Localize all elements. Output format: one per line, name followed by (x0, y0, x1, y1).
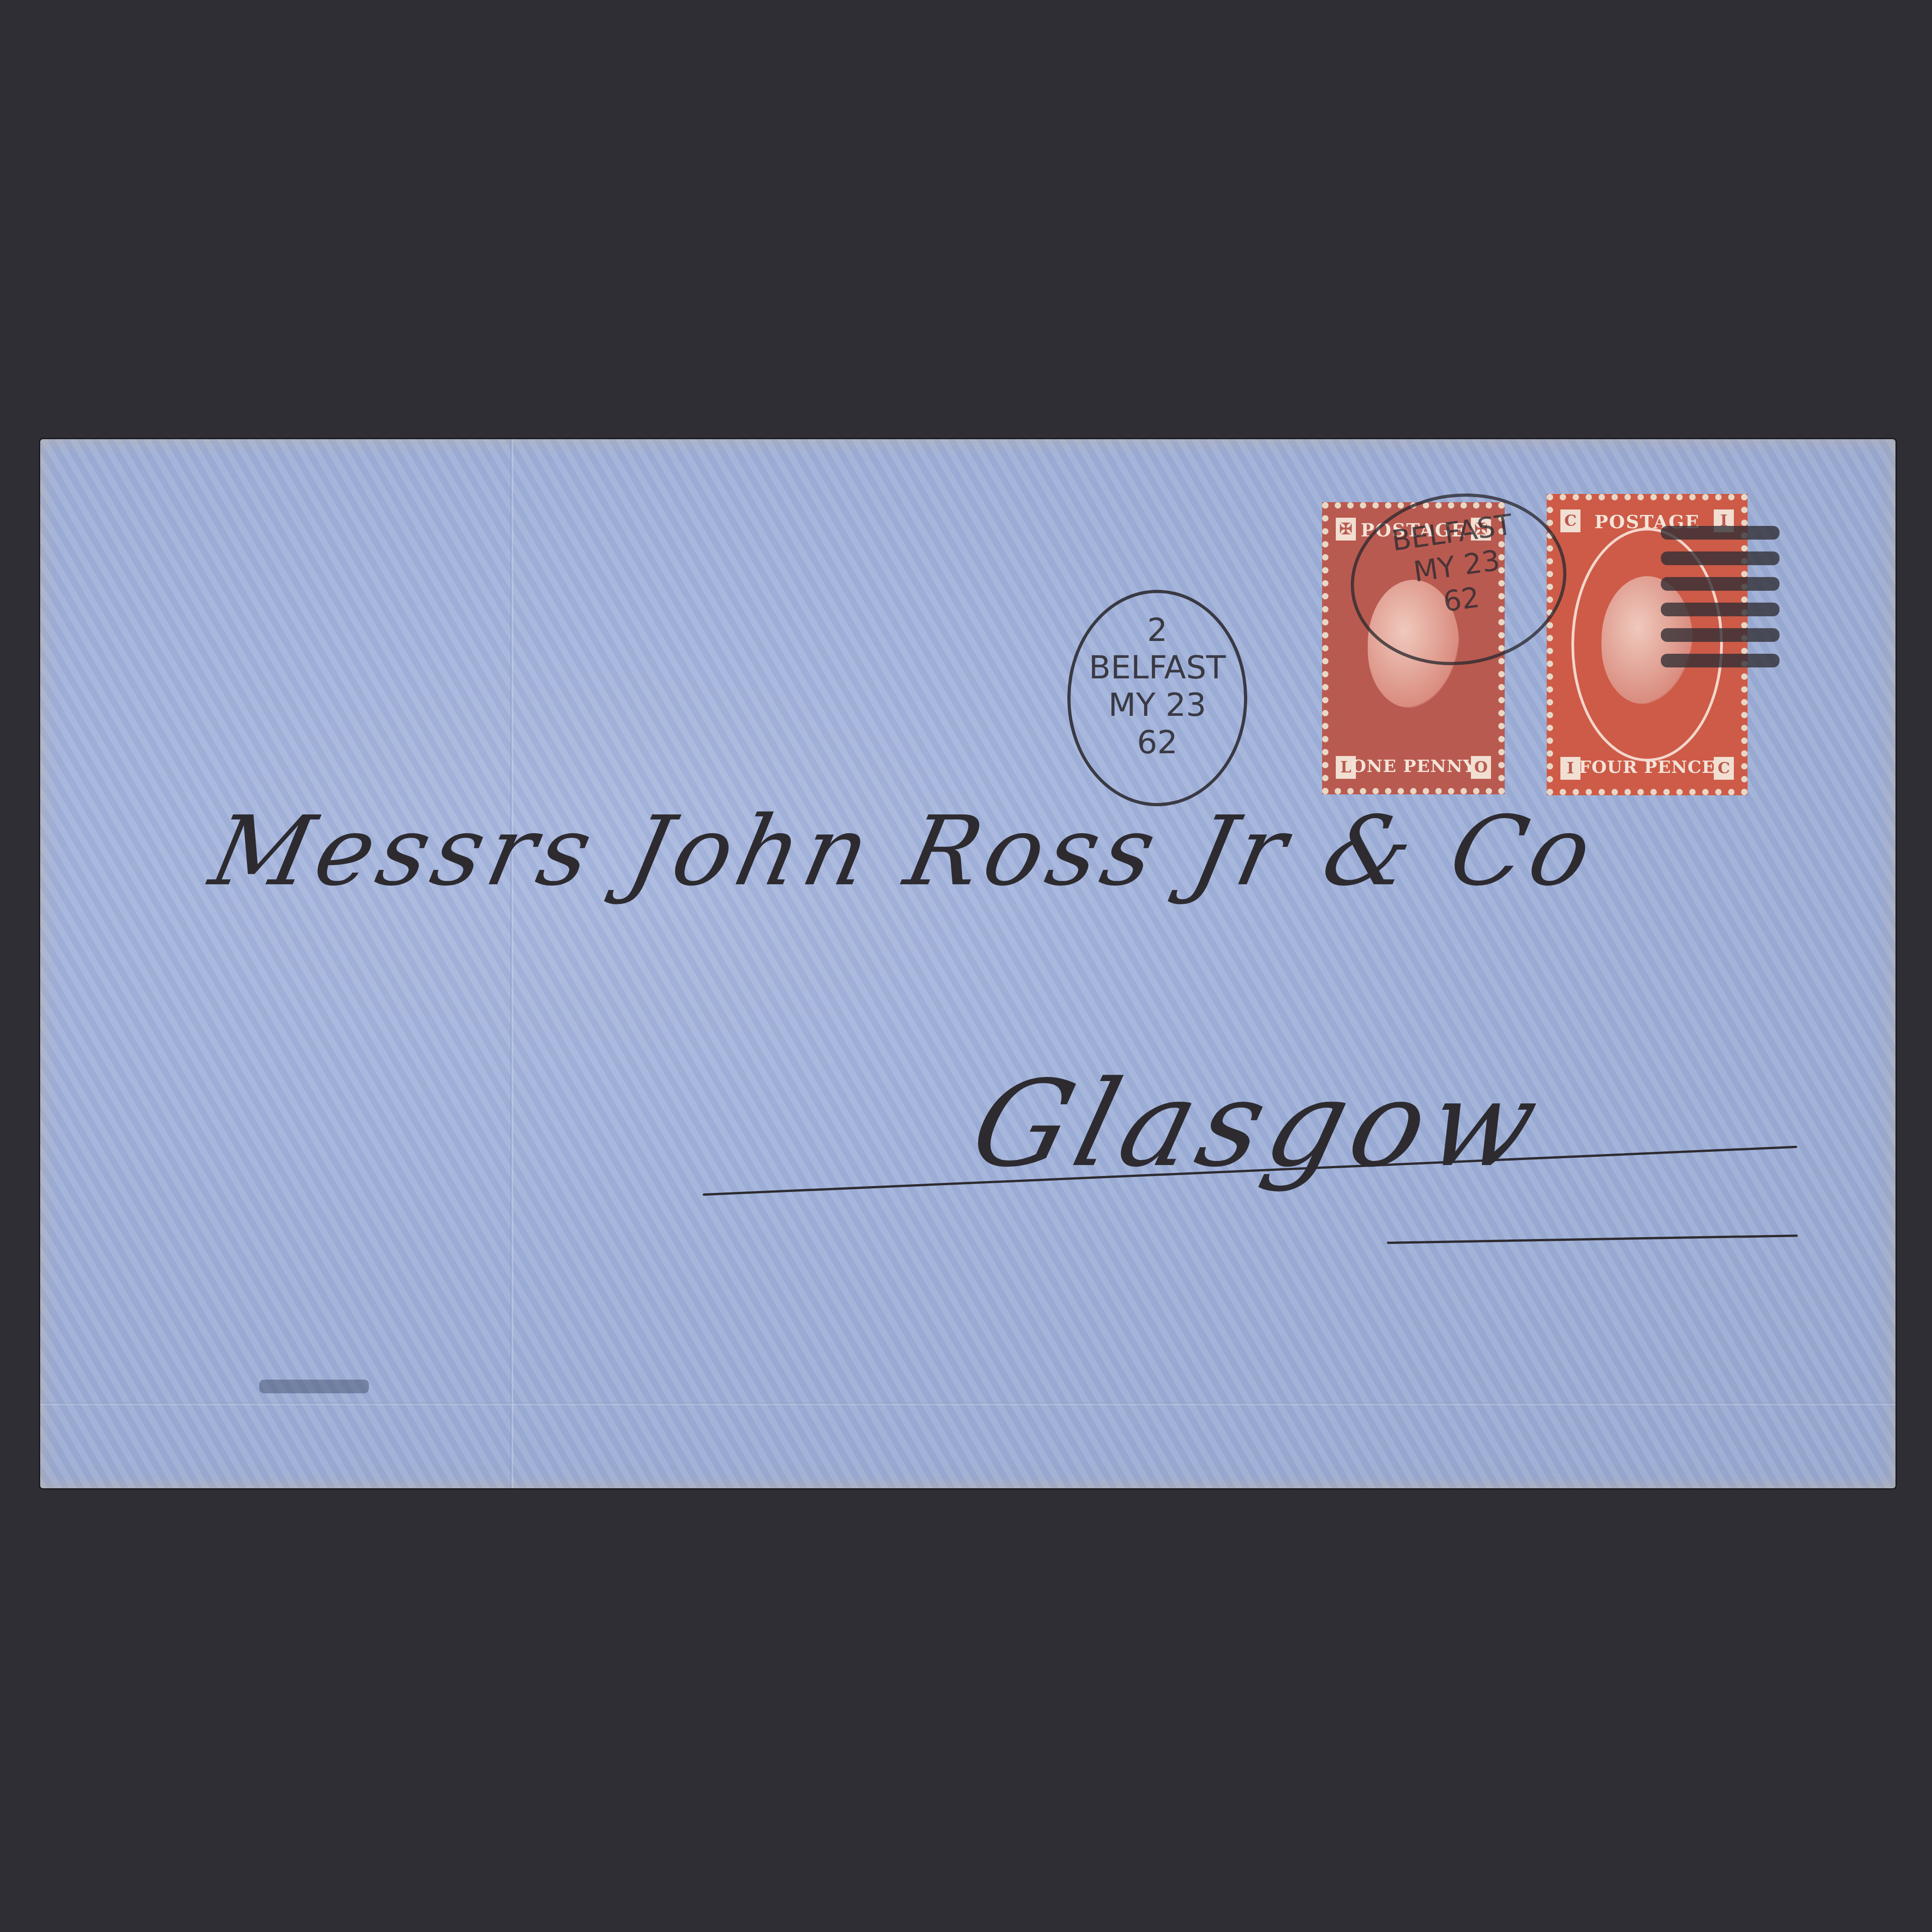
postmark-number: 2 (1071, 611, 1244, 649)
address-addressee: Messrs John Ross Jr & Co (202, 795, 1606, 907)
fold-line-left (510, 439, 513, 1488)
duplex-obliterator-bars (1661, 526, 1780, 679)
belfast-postmark: 2 BELFAST MY 23 62 (1067, 590, 1247, 806)
fold-line-bottom (40, 1402, 1895, 1405)
address-underline (1387, 1234, 1798, 1244)
envelope: 2 BELFAST MY 23 62 POSTAGE ✠ ✠ L O ONE P… (40, 439, 1895, 1488)
stamp-value-label: FOUR PENCE (1553, 756, 1741, 777)
postmark-town: BELFAST (1071, 649, 1244, 686)
ink-smudge (259, 1380, 369, 1393)
stamp-corner: C (1560, 509, 1580, 532)
obliterator-bar (1661, 577, 1780, 591)
obliterator-bar (1661, 526, 1780, 540)
postmark-date: MY 23 (1071, 686, 1244, 724)
stamp-value-label: ONE PENNY (1328, 756, 1498, 776)
obliterator-bar (1661, 654, 1780, 667)
obliterator-bar (1661, 603, 1780, 616)
obliterator-bar (1661, 628, 1780, 642)
obliterator-bar (1661, 551, 1780, 565)
address-city: Glasgow (959, 1055, 1558, 1193)
postmark-year: 62 (1071, 724, 1244, 761)
